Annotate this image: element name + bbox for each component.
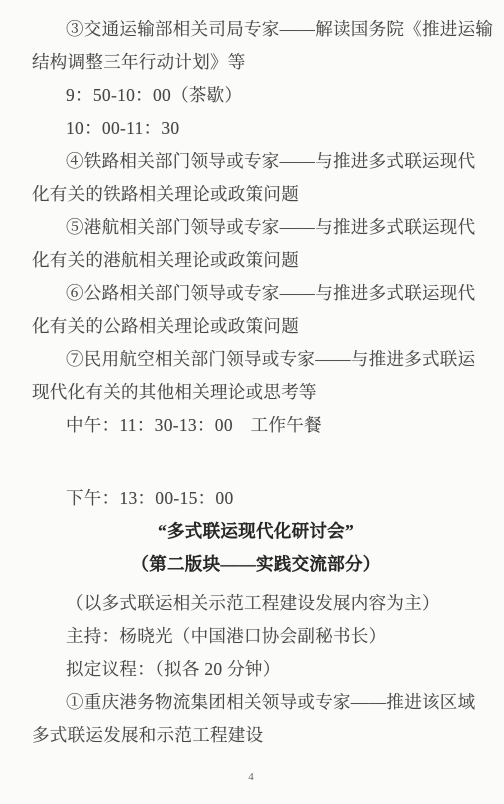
page-number: 4 [32,770,494,784]
agenda-item-6-line-1: ⑥公路相关部门领导或专家——与推进多式联运现代 [32,277,494,310]
blank-gap [32,442,494,482]
agenda-item-3-line-1: ③交通运输部相关司局专家——解读国务院《推进运输 [32,13,494,46]
host-line: 主持：杨晓光（中国港口协会副秘书长） [32,620,494,653]
agenda-item-5-line-1: ⑤港航相关部门领导或专家——与推进多式联运现代 [32,211,494,244]
lunch-schedule: 中午：11：30-13：00 工作午餐 [32,409,494,442]
agenda-item-1-line-1: ①重庆港务物流集团相关领导或专家——推进该区域 [32,686,494,719]
agenda-item-3-line-2: 结构调整三年行动计划》等 [32,46,494,79]
tea-break-time: 9：50-10：00（茶歇） [32,79,494,112]
agenda-item-4-line-1: ④铁路相关部门领导或专家——与推进多式联运现代 [32,145,494,178]
seminar-title: “多式联运现代化研讨会” [32,515,494,548]
agenda-item-7-line-1: ⑦民用航空相关部门领导或专家——与推进多式联运 [32,343,494,376]
seminar-scope-note: （以多式联运相关示范工程建设发展内容为主） [32,587,494,620]
agenda-item-5-line-2: 化有关的港航相关理论或政策问题 [32,244,494,277]
seminar-section-subtitle: （第二版块——实践交流部分） [32,548,494,581]
afternoon-schedule: 下午：13：00-15：00 [32,482,494,515]
agenda-item-4-line-2: 化有关的铁路相关理论或政策问题 [32,178,494,211]
agenda-item-1-line-2: 多式联运发展和示范工程建设 [32,719,494,752]
agenda-item-7-line-2: 现代化有关的其他相关理论或思考等 [32,376,494,409]
document-page: ③交通运输部相关司局专家——解读国务院《推进运输 结构调整三年行动计划》等 9：… [0,0,504,804]
agenda-item-6-line-2: 化有关的公路相关理论或政策问题 [32,310,494,343]
session-time: 10：00-11：30 [32,112,494,145]
agenda-duration-note: 拟定议程：（拟各 20 分钟） [32,653,494,686]
